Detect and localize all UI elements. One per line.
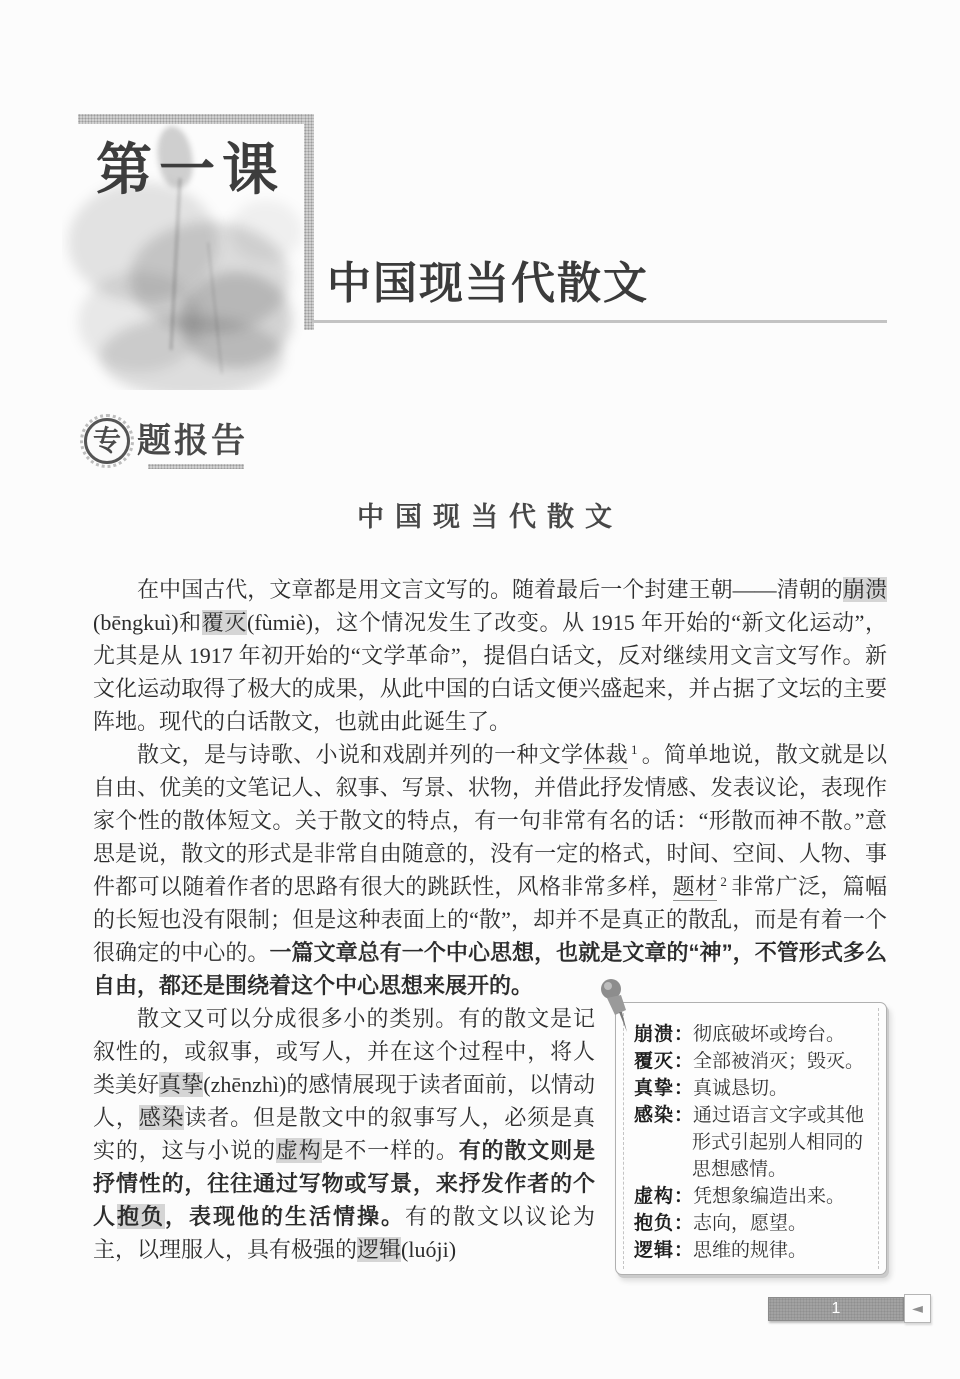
- vocab-entry: 感染：通过语言文字或其他形式引起别人相同的思想感情。: [634, 1102, 872, 1183]
- topic-badge-circle: 专: [84, 418, 130, 464]
- vocab-entry: 崩溃：彻底破坏或垮台。: [634, 1021, 872, 1048]
- vocab-definition: 思维的规律。: [693, 1240, 807, 1261]
- vocab-term: 抱负: [634, 1213, 674, 1234]
- pushpin-icon: [596, 976, 638, 1038]
- vocab-definition: 通过语言文字或其他形式引起别人相同的思想感情。: [692, 1105, 864, 1180]
- vocab-term: 崩溃: [634, 1024, 674, 1045]
- header-frame-right: [304, 114, 314, 330]
- vocab-entry: 抱负：志向，愿望。: [634, 1210, 872, 1237]
- topic-badge-char: 专: [93, 427, 121, 455]
- paragraph-2: 散文，是与诗歌、小说和戏剧并列的一种文学体裁1。简单地说，散文就是以自由、优美的…: [93, 738, 887, 1002]
- vocabulary-note-box: 崩溃：彻底破坏或垮台。覆灭：全部被消灭；毁灭。真挚：真诚恳切。感染：通过语言文字…: [615, 1002, 887, 1275]
- vocab-entry: 逻辑：思维的规律。: [634, 1237, 872, 1264]
- vocab-term: 真挚: [634, 1078, 674, 1099]
- vocab-entry: 真挚：真诚恳切。: [634, 1075, 872, 1102]
- vocab-definition: 彻底破坏或垮台。: [693, 1024, 845, 1045]
- vocab-definition: 真诚恳切。: [693, 1078, 788, 1099]
- vocab-term: 虚构: [634, 1186, 674, 1207]
- topic-header-text: 题报告: [137, 424, 248, 458]
- lesson-number: 第一课: [96, 142, 285, 198]
- page-number: 1: [832, 1301, 841, 1317]
- textbook-page: 第一课 中国现当代散文 专 题报告 中国现当代散文 在中国古代，文章都是用文言文…: [0, 0, 960, 1379]
- header-frame-top: [78, 114, 314, 124]
- vocab-definition: 志向，愿望。: [693, 1213, 807, 1234]
- topic-header: 专 题报告: [84, 418, 248, 464]
- vocab-separator: ：: [674, 1240, 693, 1261]
- vocab-separator: ：: [674, 1051, 693, 1072]
- vocab-entry: 虚构：凭想象编造出来。: [634, 1183, 872, 1210]
- vocab-definition: 凭想象编造出来。: [693, 1186, 845, 1207]
- paragraph-1: 在中国古代，文章都是用文言文写的。随着最后一个封建王朝——清朝的崩溃(bēngk…: [93, 573, 887, 738]
- vocab-term: 感染: [634, 1105, 674, 1126]
- prev-page-button[interactable]: ◄: [904, 1294, 931, 1323]
- lesson-title: 中国现当代散文: [327, 262, 649, 306]
- vocab-term: 逻辑: [634, 1240, 674, 1261]
- vocab-definition: 全部被消灭；毁灭。: [693, 1051, 864, 1072]
- vocab-entry: 覆灭：全部被消灭；毁灭。: [634, 1048, 872, 1075]
- vocab-separator: ：: [674, 1186, 693, 1207]
- vocab-list: 崩溃：彻底破坏或垮台。覆灭：全部被消灭；毁灭。真挚：真诚恳切。感染：通过语言文字…: [634, 1021, 872, 1264]
- topic-underline: [148, 464, 244, 469]
- vocab-term: 覆灭: [634, 1051, 674, 1072]
- text-and-note-row: 崩溃：彻底破坏或垮台。覆灭：全部被消灭；毁灭。真挚：真诚恳切。感染：通过语言文字…: [93, 1002, 887, 1281]
- left-arrow-icon: ◄: [912, 1302, 923, 1316]
- page-number-bar: 1: [768, 1297, 904, 1321]
- vocab-separator: ：: [674, 1213, 693, 1234]
- article-body: 在中国古代，文章都是用文言文写的。随着最后一个封建王朝——清朝的崩溃(bēngk…: [93, 573, 887, 1281]
- vocab-separator: ：: [674, 1078, 693, 1099]
- article-title: 中国现当代散文: [93, 503, 887, 533]
- vocab-separator: ：: [674, 1024, 693, 1045]
- vocab-separator: ：: [674, 1105, 693, 1126]
- header-divider: [312, 320, 887, 323]
